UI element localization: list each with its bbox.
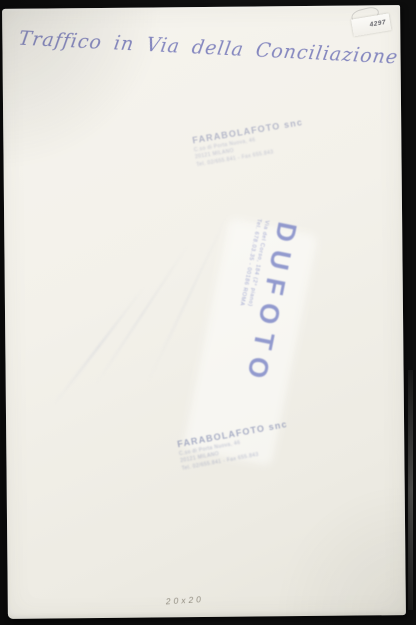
handwritten-caption: Traffico in Via della Conciliazione [17,29,340,66]
card-vignette [2,5,406,619]
paper-crease [52,287,145,407]
photo-print-back: Traffico in Via della Conciliazione 4297… [2,5,406,619]
farabolafoto-stamp-top: FARABOLAFOTO snc C.so di Porta Nuova, 46… [192,114,328,168]
photo-backdrop: Traffico in Via della Conciliazione 4297… [0,0,416,625]
print-size-note: 20x20 [165,594,204,606]
paper-crease [94,243,189,386]
archive-number: 4297 [369,19,386,29]
table-edge-sliver [408,370,413,610]
